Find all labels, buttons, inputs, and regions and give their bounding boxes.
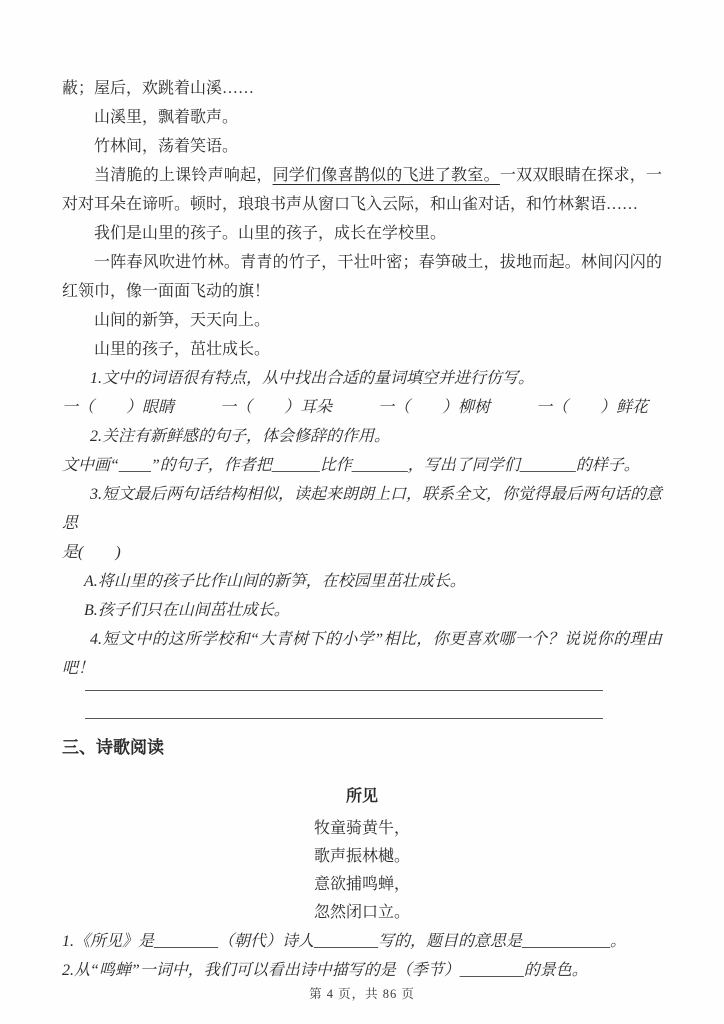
poem-line-3: 意欲捕鸣蝉，: [62, 871, 662, 899]
verse-line-2: 竹林间，荡着笑语。: [62, 132, 662, 161]
question-3: 3.短文最后两句话结构相似，读起来朗朗上口，联系全文，你觉得最后两句话的意思: [62, 480, 662, 538]
passage-questions: 1.文中的词语很有特点，从中找出合适的量词填空并进行仿写。 一（ ）眼睛 一（ …: [62, 364, 662, 719]
question-4: 4.短文中的这所学校和“大青树下的小学”相比，你更喜欢哪一个？说说你的理由吧！: [62, 625, 662, 683]
bell-sentence-before: 当清脆的上课铃声响起，: [94, 167, 273, 184]
reading-passage: 蔽；屋后，欢跳着山溪…… 山溪里，飘着歌声。 竹林间，荡着笑语。 当清脆的上课铃…: [62, 74, 662, 364]
blank-item-eyes: 一（ ）眼睛: [62, 393, 174, 422]
question-2: 2.关注有新鲜感的句子，体会修辞的作用。: [62, 422, 662, 451]
option-a: A.将山里的孩子比作山间的新笋，在校园里茁壮成长。: [62, 567, 662, 596]
option-b: B.孩子们只在山间茁壮成长。: [62, 596, 662, 625]
answer-line-2: [85, 691, 603, 719]
passage-opening-line: 蔽；屋后，欢跳着山溪……: [62, 74, 662, 103]
poem-title: 所见: [62, 782, 662, 811]
page-footer: 第 4 页，共 86 页: [0, 980, 724, 1009]
poem-line-2: 歌声振林樾。: [62, 843, 662, 871]
question-1: 1.文中的词语很有特点，从中找出合适的量词填空并进行仿写。: [62, 364, 662, 393]
passage-paragraph-spring: 一阵春风吹进竹林。青青的竹子，干壮叶密；春笋破土，拔地而起。林间闪闪的红领巾，像…: [62, 248, 662, 306]
passage-paragraph-children: 我们是山里的孩子。山里的孩子，成长在学校里。: [62, 219, 662, 248]
passage-paragraph-bell: 当清脆的上课铃声响起，同学们像喜鹊似的飞进了教室。一双双眼睛在探求，一对对耳朵在…: [62, 161, 662, 219]
document-page: 蔽；屋后，欢跳着山溪…… 山溪里，飘着歌声。 竹林间，荡着笑语。 当清脆的上课铃…: [0, 0, 724, 1024]
poem-line-4: 忽然闭口立。: [62, 899, 662, 927]
page-content: 蔽；屋后，欢跳着山溪…… 山溪里，飘着歌声。 竹林间，荡着笑语。 当清脆的上课铃…: [62, 74, 662, 985]
underlined-sentence: 同学们像喜鹊似的飞进了教室。: [273, 167, 500, 184]
quantifier-blank-row: 一（ ）眼睛 一（ ）耳朵 一（ ）柳树 一（ ）鲜花: [62, 393, 662, 422]
blank-item-ears: 一（ ）耳朵: [220, 393, 332, 422]
verse-line-1: 山溪里，飘着歌声。: [62, 103, 662, 132]
section-heading-poetry: 三、诗歌阅读: [62, 733, 662, 762]
blank-item-willow: 一（ ）柳树: [378, 393, 490, 422]
verse-line-4: 山里的孩子，茁壮成长。: [62, 335, 662, 364]
poem-line-1: 牧童骑黄牛，: [62, 815, 662, 843]
question-2-fill: 文中画“____”的句子，作者把______比作_______，写出了同学们__…: [62, 451, 662, 480]
poetry-section: 三、诗歌阅读 所见 牧童骑黄牛， 歌声振林樾。 意欲捕鸣蝉， 忽然闭口立。 1.…: [62, 733, 662, 985]
blank-item-flower: 一（ ）鲜花: [536, 393, 648, 422]
answer-line-1: [85, 683, 603, 691]
question-3-choice-bracket: 是( ): [62, 538, 662, 567]
poem-question-1: 1.《所见》是________（朝代）诗人________写的，题目的意思是__…: [62, 927, 662, 956]
verse-line-3: 山间的新笋，天天向上。: [62, 306, 662, 335]
